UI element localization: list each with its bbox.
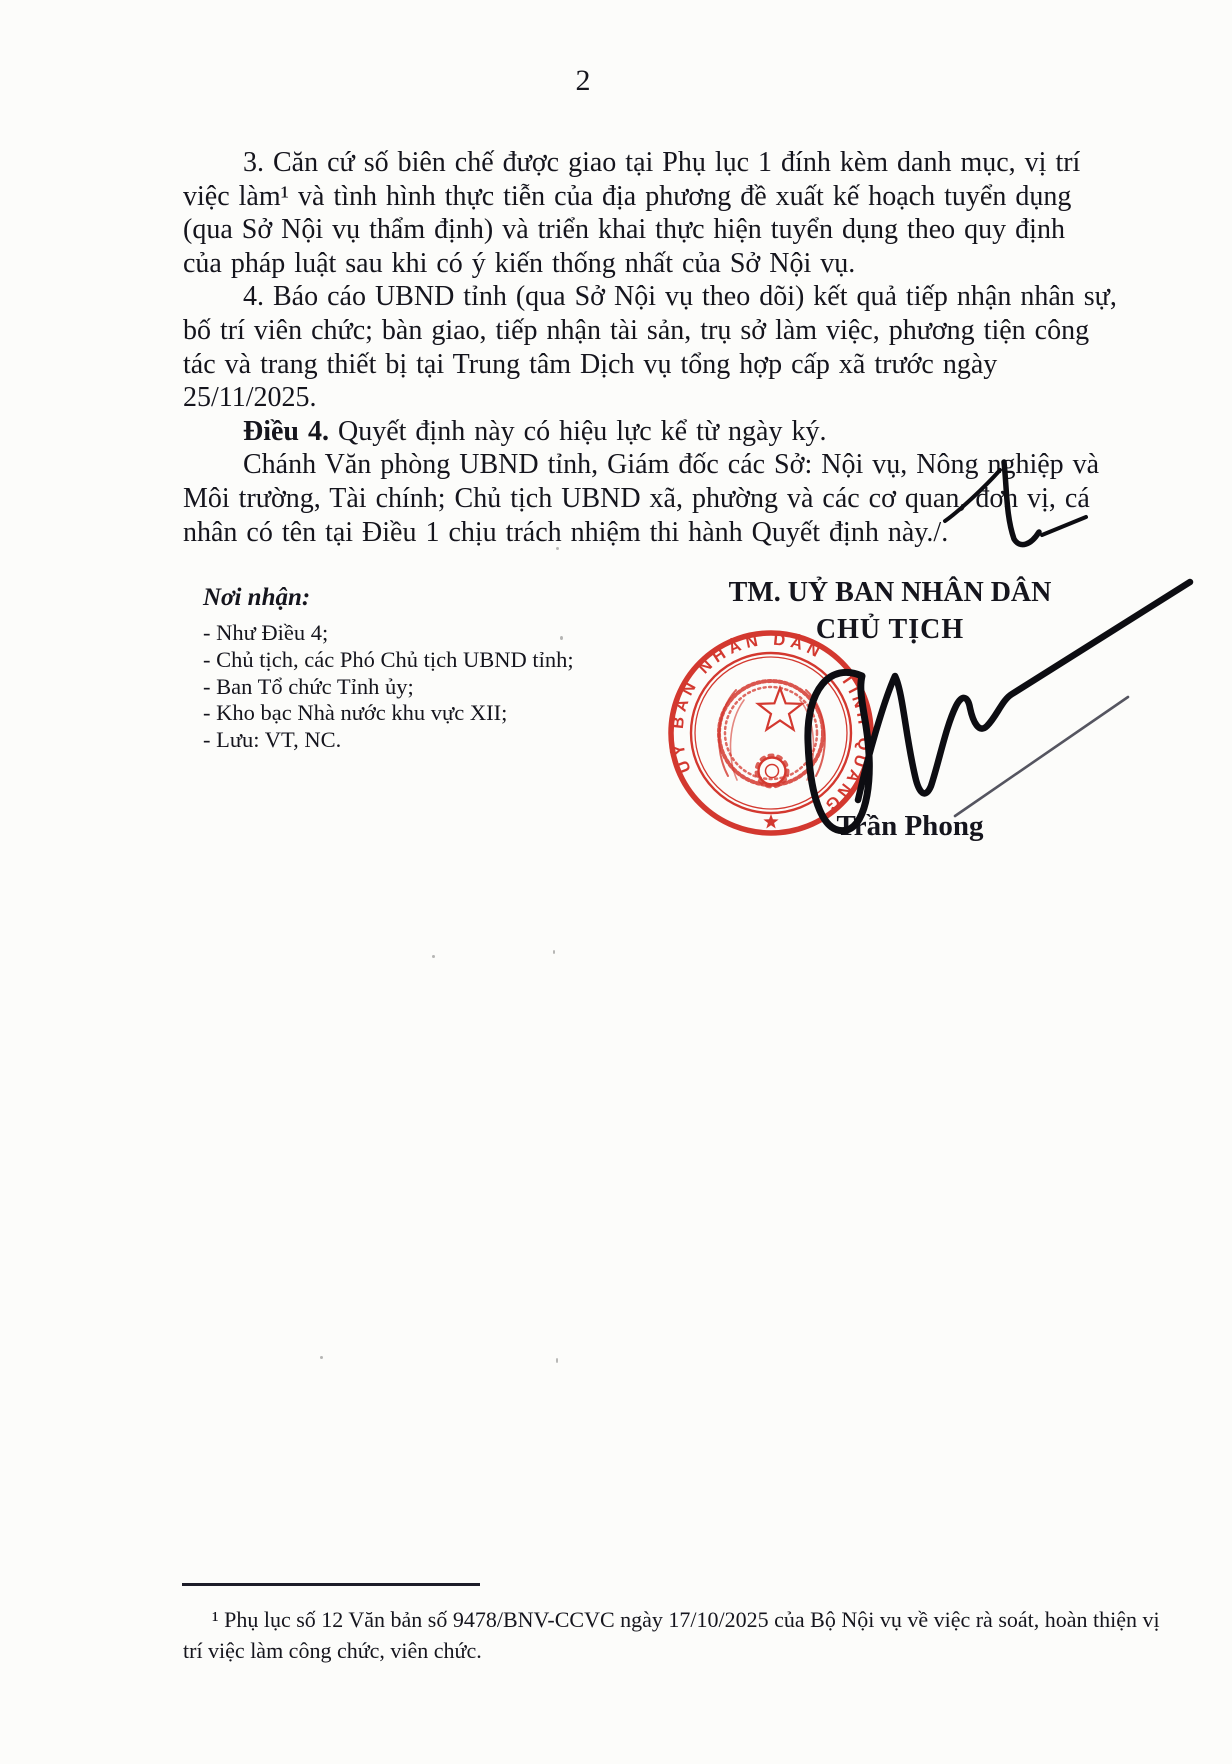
closing-paragraph-line-2: Môi trường, Tài chính; Chủ tịch UBND xã,…: [183, 482, 1093, 516]
signer-title: CHỦ TỊCH: [640, 611, 1140, 648]
seal-text-right: TỈNH QUẢNG: [821, 671, 873, 815]
paragraph-4-line-4: 25/11/2025.: [183, 381, 1093, 415]
scan-speck: [556, 547, 559, 550]
closing-paragraph-line-1: Chánh Văn phòng UBND tỉnh, Giám đốc các …: [183, 448, 1093, 482]
paragraph-3-line-4: của pháp luật sau khi có ý kiến thống nh…: [183, 247, 1093, 281]
scan-speck: [553, 950, 555, 954]
recipients-block: Nơi nhận: - Như Điều 4; - Chủ tịch, các …: [203, 584, 633, 754]
footnote-line-2: trí việc làm công chức, viên chức.: [183, 1635, 1103, 1666]
signing-authority: TM. UỶ BAN NHÂN DÂN: [640, 574, 1140, 611]
paragraph-3-line-3: (qua Sở Nội vụ thẩm định) và triển khai …: [183, 213, 1093, 247]
seal-star-icon: [758, 688, 802, 730]
scan-speck: [556, 1358, 558, 1363]
recipient-item: - Lưu: VT, NC.: [203, 727, 633, 754]
recipient-item: - Như Điều 4;: [203, 620, 633, 647]
svg-text:UỶ BAN NHÂN DÂN: UỶ BAN NHÂN DÂN: [668, 631, 823, 776]
paragraph-4-line-3: tác và trang thiết bị tại Trung tâm Dịch…: [183, 348, 1093, 382]
official-seal-icon: UỶ BAN NHÂN DÂN TỈNH QUẢNG: [668, 631, 873, 833]
article-4-label: Điều 4.: [243, 416, 329, 447]
recipient-item: - Kho bạc Nhà nước khu vực XII;: [203, 700, 633, 727]
seal-text-top: UỶ BAN NHÂN DÂN: [668, 631, 823, 776]
signer-name: Trần Phong: [660, 810, 1160, 843]
article-4-line: Điều 4. Quyết định này có hiệu lực kể từ…: [183, 415, 1093, 449]
paragraph-3-line-2: việc làm¹ và tình hình thực tiễn của địa…: [183, 180, 1093, 214]
scan-speck: [320, 1356, 323, 1359]
footnote-divider: [182, 1583, 480, 1586]
recipients-header: Nơi nhận:: [203, 584, 633, 612]
svg-text:TỈNH QUẢNG: TỈNH QUẢNG: [821, 671, 873, 815]
closing-paragraph-line-3: nhân có tên tại Điều 1 chịu trách nhiệm …: [183, 516, 1093, 550]
signature-block: TM. UỶ BAN NHÂN DÂN CHỦ TỊCH: [640, 574, 1140, 648]
page-number: 2: [483, 64, 683, 98]
paragraph-4-line-1: 4. Báo cáo UBND tỉnh (qua Sở Nội vụ theo…: [183, 280, 1093, 314]
footnote-line-1: ¹ Phụ lục số 12 Văn bản số 9478/BNV-CCVC…: [183, 1604, 1103, 1635]
paragraph-4-line-2: bố trí viên chức; bàn giao, tiếp nhận tà…: [183, 314, 1093, 348]
scan-speck: [560, 636, 563, 640]
recipient-item: - Chủ tịch, các Phó Chủ tịch UBND tỉnh;: [203, 647, 633, 674]
document-body: 3. Căn cứ số biên chế được giao tại Phụ …: [183, 146, 1093, 549]
footnote: ¹ Phụ lục số 12 Văn bản số 9478/BNV-CCVC…: [183, 1604, 1103, 1666]
paragraph-3-line-1: 3. Căn cứ số biên chế được giao tại Phụ …: [183, 146, 1093, 180]
document-page: 2 3. Căn cứ số biên chế được giao tại Ph…: [0, 0, 1232, 1764]
scan-speck: [432, 955, 435, 958]
recipient-item: - Ban Tổ chức Tỉnh ủy;: [203, 674, 633, 701]
article-4-text: Quyết định này có hiệu lực kể từ ngày ký…: [329, 416, 826, 447]
